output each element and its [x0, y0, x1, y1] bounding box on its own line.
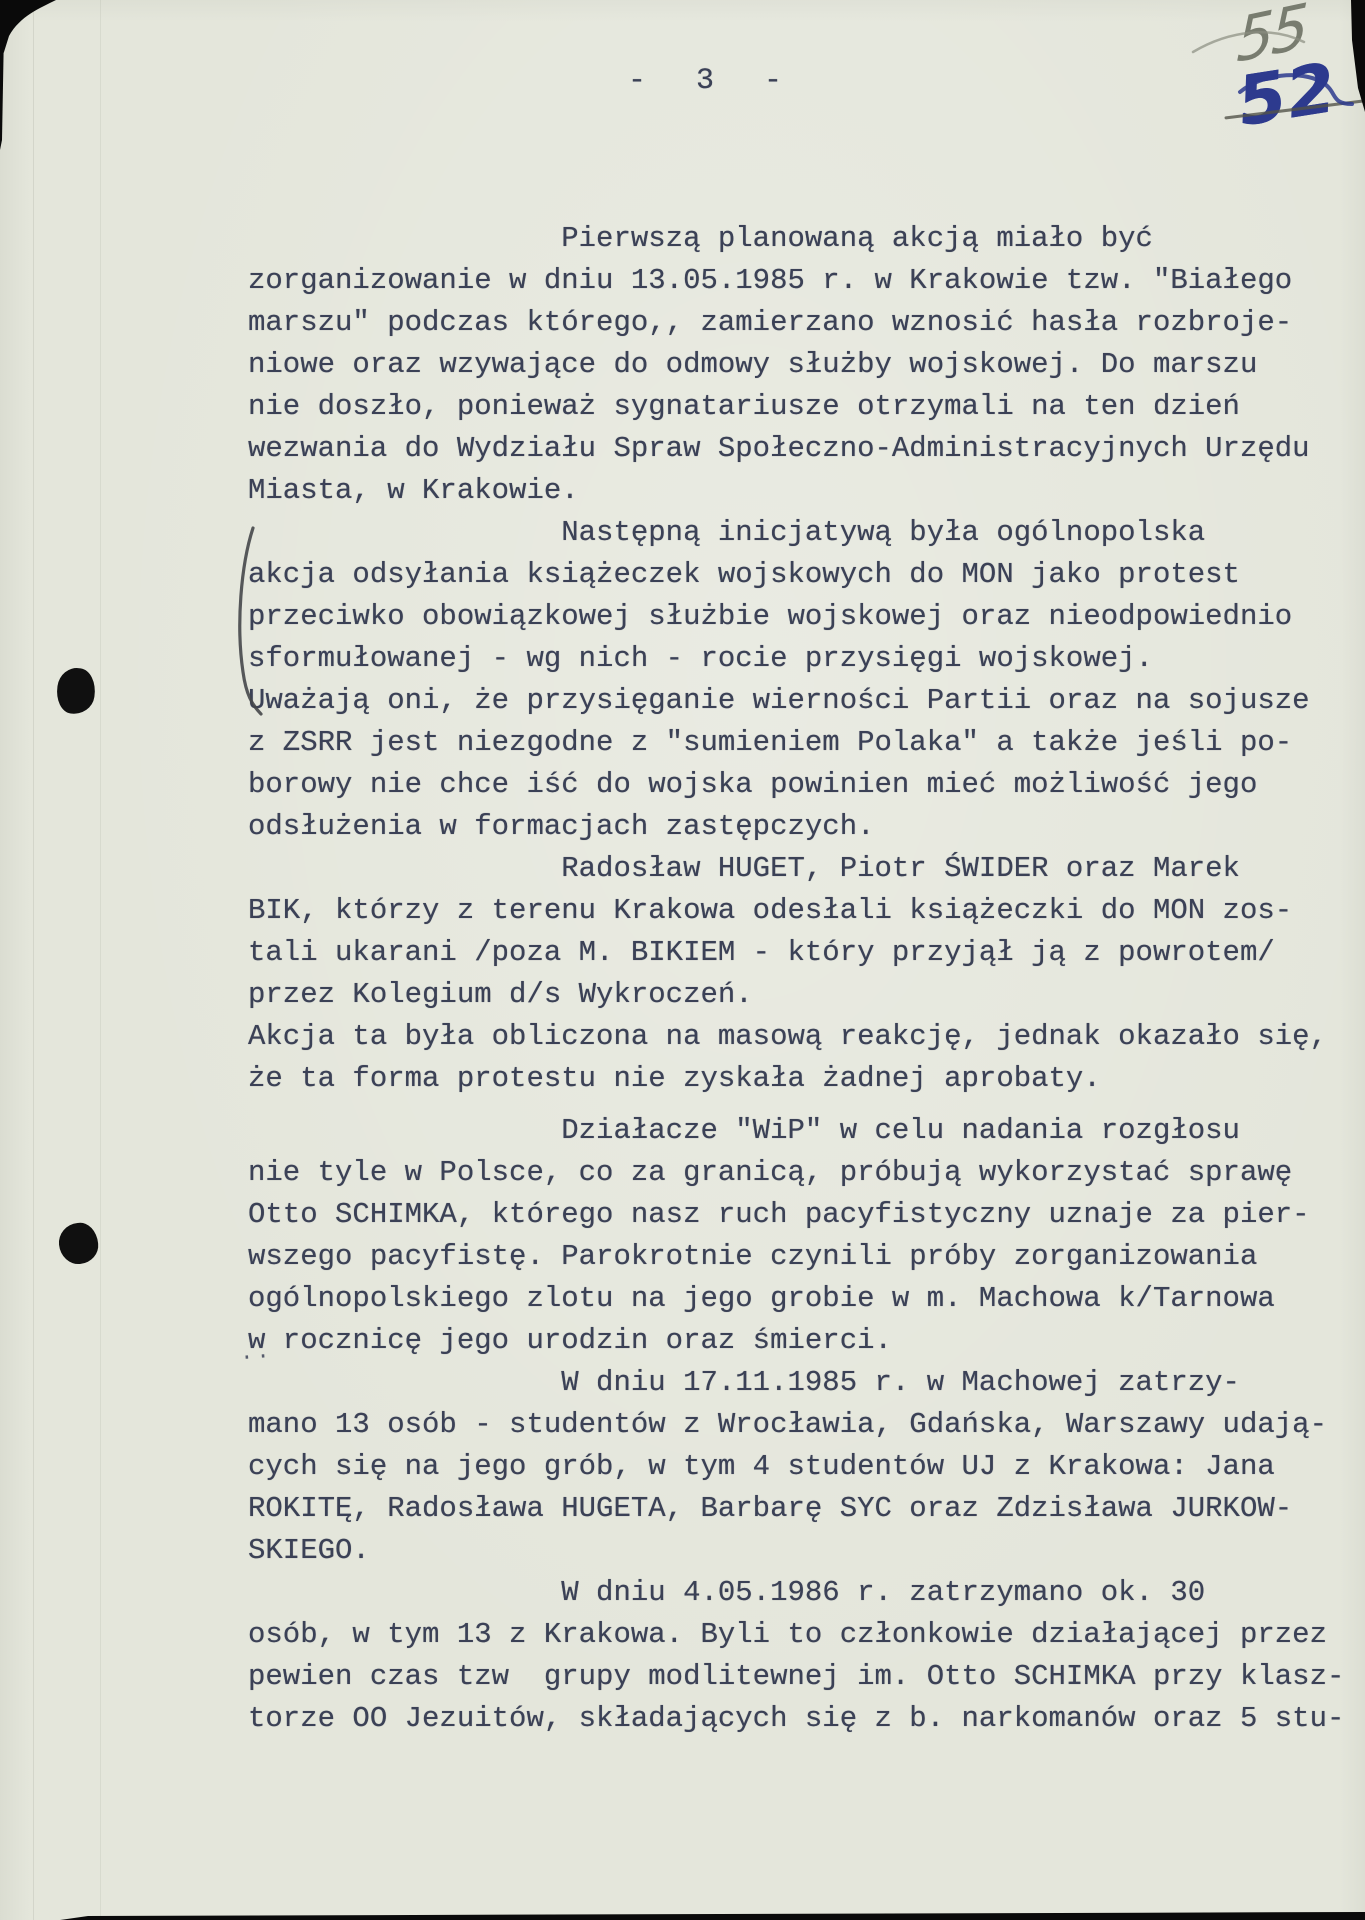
text-line: z ZSRR jest niezgodne z "sumieniem Polak…	[248, 722, 1358, 764]
typed-text-block: Pierwszą planowaną akcją miało byćzorgan…	[248, 218, 1358, 1740]
scanned-document-page: - 3 - 55 52 Pierwszą planowaną akcją mia…	[0, 0, 1365, 1920]
scan-edge-bottom	[60, 1912, 1365, 1920]
text-line: Miasta, w Krakowie.	[248, 470, 1358, 512]
text-line: torze OO Jezuitów, składających się z b.…	[248, 1698, 1358, 1740]
ink-blot	[57, 1221, 100, 1266]
handwritten-pen-number: 52	[1233, 55, 1341, 138]
text-line: Działacze "WiP" w celu nadania rozgłosu	[248, 1110, 1358, 1152]
text-line: SKIEGO.	[248, 1530, 1358, 1572]
text-line: przeciwko obowiązkowej służbie wojskowej…	[248, 596, 1358, 638]
page-number: - 3 -	[628, 64, 798, 98]
text-line: Uważają oni, że przysięganie wierności P…	[248, 680, 1358, 722]
text-line: Radosław HUGET, Piotr ŚWIDER oraz Marek	[248, 848, 1358, 890]
text-line: sformułowanej - wg nich - rocie przysięg…	[248, 638, 1358, 680]
text-line: tali ukarani /poza M. BIKIEM - który prz…	[248, 932, 1358, 974]
text-line: Pierwszą planowaną akcją miało być	[248, 218, 1358, 260]
text-line: Otto SCHIMKA, którego nasz ruch pacyfist…	[248, 1194, 1358, 1236]
text-line: W dniu 4.05.1986 r. zatrzymano ok. 30	[248, 1572, 1358, 1614]
text-line: wszego pacyfistę. Parokrotnie czynili pr…	[248, 1236, 1358, 1278]
text-line: że ta forma protestu nie zyskała żadnej …	[248, 1058, 1358, 1100]
text-line: marszu" podczas którego,, zamierzano wzn…	[248, 302, 1358, 344]
paper-fold-line	[100, 0, 101, 1920]
text-line: borowy nie chce iść do wojska powinien m…	[248, 764, 1358, 806]
scan-edge-top-left	[0, 0, 56, 60]
text-line: ROKITĘ, Radosława HUGETA, Barbarę SYC or…	[248, 1488, 1358, 1530]
text-line: wezwania do Wydziału Spraw Społeczno-Adm…	[248, 428, 1358, 470]
text-line: niowe oraz wzywające do odmowy służby wo…	[248, 344, 1358, 386]
text-line: Akcja ta była obliczona na masową reakcj…	[248, 1016, 1358, 1058]
text-line: nie tyle w Polsce, co za granicą, próbuj…	[248, 1152, 1358, 1194]
text-line: osób, w tym 13 z Krakowa. Byli to członk…	[248, 1614, 1358, 1656]
scan-edge-left	[0, 0, 4, 150]
text-line: przez Kolegium d/s Wykroczeń.	[248, 974, 1358, 1016]
text-line: W dniu 17.11.1985 r. w Machowej zatrzy-	[248, 1362, 1358, 1404]
pencil-dots-mark: ..	[239, 1339, 273, 1366]
text-line: mano 13 osób - studentów z Wrocławia, Gd…	[248, 1404, 1358, 1446]
text-line: akcja odsyłania książeczek wojskowych do…	[248, 554, 1358, 596]
text-line: Następną inicjatywą była ogólnopolska	[248, 512, 1358, 554]
text-line: ogólnopolskiego zlotu na jego grobie w m…	[248, 1278, 1358, 1320]
text-line: BIK, którzy z terenu Krakowa odesłali ks…	[248, 890, 1358, 932]
text-line: nie doszło, ponieważ sygnatariusze otrzy…	[248, 386, 1358, 428]
paper-fold-line	[33, 0, 34, 1920]
text-line: zorganizowanie w dniu 13.05.1985 r. w Kr…	[248, 260, 1358, 302]
text-line: w rocznicę jego urodzin oraz śmierci.	[248, 1320, 1358, 1362]
text-line: cych się na jego grób, w tym 4 studentów…	[248, 1446, 1358, 1488]
scan-edge-top-right	[1351, 0, 1365, 112]
text-line: odsłużenia w formacjach zastępczych.	[248, 806, 1358, 848]
ink-blot	[54, 666, 98, 717]
text-line: pewien czas tzw grupy modlitewnej im. Ot…	[248, 1656, 1358, 1698]
